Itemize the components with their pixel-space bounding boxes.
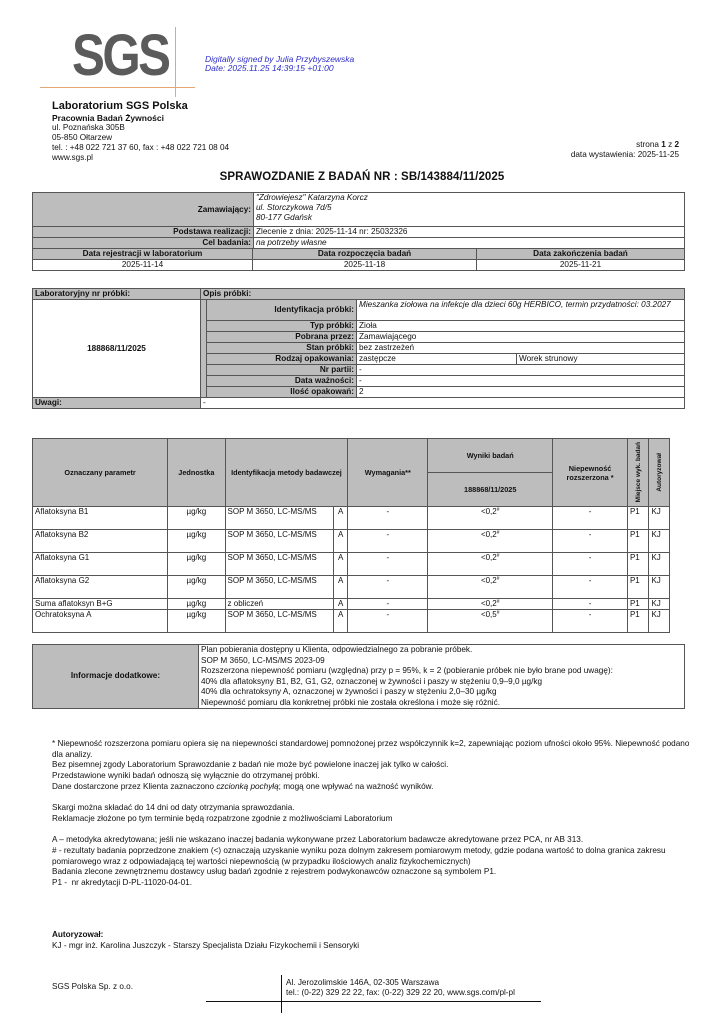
page-prefix: strona [636,140,659,149]
cell-uncertainty: - [553,530,628,553]
additional-info-content: Plan pobierania dostępny u Klienta, odpo… [199,645,685,709]
sample-table: Laboratoryjny nr próbki: Opis próbki: 18… [32,288,685,409]
notes-block: * Niepewność rozszerzona pomiaru opiera … [52,739,702,889]
cell-accreditation-text: A [338,576,343,585]
cell-authorized-text: KJ [651,507,660,516]
subcontract-note: Badania zlecone zewnętrznemu dostawcy us… [52,867,702,878]
cell-unit-text: µg/kg [186,507,206,516]
logo-vertical-line [175,27,176,97]
cell-authorized: KJ [649,507,670,530]
cell-method: SOP M 3650, LC-MS/MS [225,576,334,599]
result-mark: # [497,530,500,536]
cell-uncertainty: - [553,553,628,576]
sample-field-label: Rodzaj opakowania: [207,354,357,365]
cell-method: SOP M 3650, LC-MS/MS [225,530,334,553]
cell-authorized-text: KJ [651,553,660,562]
cell-method: z obliczeń [225,599,334,610]
cell-method: SOP M 3650, LC-MS/MS [225,610,334,633]
sgs-logo: SGS [40,27,200,93]
cell-result: <0,2# [428,507,553,530]
cell-uncertainty-text: - [589,576,592,585]
sample-field-value: bez zastrzeżeń [357,343,685,354]
cell-result: <0,2# [428,530,553,553]
lab-phone: tel. : +48 022 721 37 60, fax : +48 022 … [52,143,229,153]
header-method: Identyfikacja metody badawczej [225,439,348,507]
cell-place: P1 [627,530,649,553]
purpose-value: na potrzeby własne [254,238,685,249]
cell-accreditation: A [334,610,348,633]
cell-uncertainty-text: - [589,530,592,539]
cell-requirements: - [348,530,428,553]
info-line: Plan pobierania dostępny u Klienta, odpo… [201,645,682,656]
result-mark: # [497,599,500,605]
cell-method-text: SOP M 3650, LC-MS/MS [228,610,317,619]
footer-vertical-line [281,975,282,1013]
registration-date: 2025-11-14 [33,260,253,271]
cell-uncertainty: - [553,610,628,633]
hash-note: # - rezultaty badania poprzedzone znakie… [52,846,702,867]
table-row: Aflatoksyna B1µg/kgSOP M 3650, LC-MS/MSA… [33,507,670,530]
basis-value: Zlecenie z dnia: 2025-11-14 nr: 25032326 [254,227,685,238]
cell-method-text: z obliczeń [228,599,264,608]
cell-unit: µg/kg [168,553,225,576]
result-mark: # [497,576,500,582]
header-place-text: Miejsce wyk. badań [635,442,642,502]
cell-method-text: SOP M 3650, LC-MS/MS [228,553,317,562]
cell-authorized-text: KJ [651,599,660,608]
sample-field-label: Stan próbki: [207,343,357,354]
sample-field-label: Pobrana przez: [207,332,357,343]
cell-result-text: <0,2 [481,576,497,585]
start-date: 2025-11-18 [253,260,477,271]
cell-result-text: <0,2 [481,553,497,562]
cell-accreditation-text: A [338,553,343,562]
cell-accreditation-text: A [338,610,343,619]
client-table: Zamawiający: "Zdrowiejesz" Katarzyna Kor… [32,192,685,271]
accreditation-note: A – metodyka akredytowana; jeśli nie wsk… [52,835,702,846]
info-line: SOP M 3650, LC-MS/MS 2023-09 [201,656,682,667]
result-mark: # [497,507,500,513]
cell-accreditation: A [334,530,348,553]
cell-unit-text: µg/kg [186,530,206,539]
client-data-note: Dane dostarczone przez Klienta zaznaczon… [52,782,702,793]
cell-requirements: - [348,576,428,599]
spacer [52,825,702,836]
cell-method-text: SOP M 3650, LC-MS/MS [228,576,317,585]
cell-uncertainty-text: - [589,553,592,562]
cell-parameter-text: Aflatoksyna G2 [35,576,89,585]
cell-parameter-text: Ochratoksyna A [35,610,91,619]
cell-authorized: KJ [649,599,670,610]
cell-requirements: - [348,507,428,530]
cell-accreditation-text: A [338,599,343,608]
cell-place: P1 [627,599,649,610]
sample-field-value: Mieszanka ziołowa na infekcje dla dzieci… [357,300,685,321]
table-row: Aflatoksyna G2µg/kgSOP M 3650, LC-MS/MSA… [33,576,670,599]
authorized-person: KJ - mgr inż. Karolina Juszczyk - Starsz… [52,941,359,952]
info-line: Rozszerzona niepewność pomiaru (względna… [201,666,682,677]
lab-address-block: Laboratorium SGS Polska Pracownia Badań … [52,100,229,163]
cell-method: SOP M 3650, LC-MS/MS [225,553,334,576]
complaints-note-2: Reklamacje złożone po tym terminie będą … [52,814,702,825]
issue-date-label: data wystawienia: [571,150,636,159]
lab-website: www.sgs.pl [52,153,229,163]
cell-place-text: P1 [630,530,640,539]
cell-requirements-text: - [386,599,389,608]
cell-parameter: Aflatoksyna B2 [33,530,168,553]
info-line: Niepewność pomiaru dla konkretnej próbki… [201,698,682,709]
orderer-name: "Zdrowiejesz" Katarzyna Korcz [256,193,682,203]
footer-company: SGS Polska Sp. z o.o. [52,982,133,992]
cell-place-text: P1 [630,553,640,562]
cell-accreditation-text: A [338,507,343,516]
issue-date: data wystawienia: 2025-11-25 [571,150,679,160]
table-row: Aflatoksyna B2µg/kgSOP M 3650, LC-MS/MSA… [33,530,670,553]
authorized-label: Autoryzował: [52,930,359,941]
cell-method: SOP M 3650, LC-MS/MS [225,507,334,530]
client-data-italic: czcionką pochyłą [216,782,278,791]
sample-field-value: Zioła [357,321,685,332]
cell-result-text: <0,5 [481,610,497,619]
purpose-label: Cel badania: [33,238,254,249]
sample-field-label: Identyfikacja próbki: [207,300,357,321]
info-line: 40% dla aflatoksyny B1, B2, G1, G2, ozna… [201,677,682,688]
cell-accreditation: A [334,576,348,599]
cell-place-text: P1 [630,507,640,516]
cell-requirements-text: - [386,530,389,539]
cell-parameter: Ochratoksyna A [33,610,168,633]
cell-place-text: P1 [630,610,640,619]
issue-date-value: 2025-11-25 [638,150,679,159]
cell-unit: µg/kg [168,507,225,530]
footer-street: Al. Jerozolimskie 146A, 02-305 Warszawa [286,978,515,988]
orderer-label: Zamawiający: [33,193,254,227]
additional-info-table: Informacje dodatkowe: Plan pobierania do… [32,644,685,709]
cell-authorized-text: KJ [651,610,660,619]
lab-name: Laboratorium SGS Polska [52,100,229,113]
result-mark: # [497,553,500,559]
cell-unit: µg/kg [168,576,225,599]
cell-accreditation: A [334,599,348,610]
footer-contact: tel.: (0-22) 329 22 22, fax: (0-22) 329 … [286,988,515,998]
footer-address: Al. Jerozolimskie 146A, 02-305 Warszawa … [286,978,515,998]
header-authorized-text: Autoryzował [656,453,663,492]
cell-place: P1 [627,507,649,530]
footer-horizontal-line [206,1001,541,1002]
sample-field-value: - [357,376,685,387]
cell-method-text: SOP M 3650, LC-MS/MS [228,530,317,539]
cell-place-text: P1 [630,599,640,608]
description-label: Opis próbki: [201,289,685,300]
cell-result-text: <0,2 [481,599,497,608]
cell-unit-text: µg/kg [186,553,206,562]
cell-place: P1 [627,553,649,576]
cell-authorized-text: KJ [651,576,660,585]
page-separator: z [668,140,672,149]
lab-city: 05-850 Ołtarzew [52,133,229,143]
info-line: 40% dla ochratoksyny A, oznaczonej w żyw… [201,687,682,698]
digital-signature: Digitally signed by Julia Przybyszewska … [205,55,354,73]
cell-place-text: P1 [630,576,640,585]
logo-text: SGS [72,27,168,85]
lab-street: ul. Poznańska 305B [52,123,229,133]
uncertainty-note: * Niepewność rozszerzona pomiaru opiera … [52,739,702,760]
page-total: 2 [674,140,679,149]
basis-label: Podstawa realizacji: [33,227,254,238]
logo-horizontal-line [40,87,195,88]
cell-place: P1 [627,610,649,633]
cell-unit: µg/kg [168,530,225,553]
cell-uncertainty-text: - [589,507,592,516]
header-parameter: Oznaczany parametr [33,439,168,507]
authorized-block: Autoryzował: KJ - mgr inż. Karolina Jusz… [52,930,359,951]
cell-authorized: KJ [649,553,670,576]
cell-requirements-text: - [386,553,389,562]
registration-date-header: Data rejestracji w laboratorium [33,249,253,260]
cell-unit-text: µg/kg [186,610,206,619]
remarks-value: - [201,398,685,409]
table-row: Aflatoksyna G1µg/kgSOP M 3650, LC-MS/MSA… [33,553,670,576]
cell-uncertainty: - [553,599,628,610]
cell-unit: µg/kg [168,610,225,633]
results-body: Aflatoksyna B1µg/kgSOP M 3650, LC-MS/MSA… [33,507,670,633]
end-date: 2025-11-21 [477,260,685,271]
client-data-suffix: ; mogą one wpływać na ważność wyników. [279,782,434,791]
client-data-prefix: Dane dostarczone przez Klienta zaznaczon… [52,782,216,791]
copy-note: Bez pisemnej zgody Laboratorium Sprawozd… [52,760,702,771]
header-requirements: Wymagania** [348,439,428,507]
remarks-label: Uwagi: [33,398,201,409]
cell-result: <0,2# [428,553,553,576]
cell-uncertainty: - [553,507,628,530]
results-table: Oznaczany parametr Jednostka Identyfikac… [32,438,670,633]
cell-requirements-text: - [386,610,389,619]
p1-note: P1 - nr akredytacji D-PL-11020-04-01. [52,878,702,889]
sample-field-label: Ilość opakowań: [207,387,357,398]
spacer [52,793,702,804]
page-number: strona 1 z 2 [571,140,679,150]
cell-parameter-text: Suma aflatoksyn B+G [35,599,113,608]
sample-field-label: Typ próbki: [207,321,357,332]
sample-field-value: 2 [357,387,685,398]
signature-date: Date: 2025.11.25 14:39:15 +01:00 [205,64,354,73]
table-row: Ochratoksyna Aµg/kgSOP M 3650, LC-MS/MSA… [33,610,670,633]
page-current: 1 [661,140,666,149]
orderer-street: ul. Storczykowa 7d/5 [256,203,682,213]
header-authorized: Autoryzował [649,439,670,507]
cell-result: <0,5# [428,610,553,633]
cell-result: <0,2# [428,576,553,599]
orderer-city: 80-177 Gdańsk [256,213,682,223]
cell-parameter: Aflatoksyna G2 [33,576,168,599]
sample-field-value: - [357,365,685,376]
header-results: Wyniki badań [428,439,553,473]
end-date-header: Data zakończenia badań [477,249,685,260]
cell-uncertainty-text: - [589,599,592,608]
cell-unit-text: µg/kg [186,576,206,585]
cell-parameter-text: Aflatoksyna B1 [35,507,88,516]
table-row: Suma aflatoksyn B+Gµg/kgz obliczeńA-<0,2… [33,599,670,610]
cell-result-text: <0,2 [481,507,497,516]
cell-requirements: - [348,553,428,576]
lab-no-label: Laboratoryjny nr próbki: [33,289,201,300]
cell-method-text: SOP M 3650, LC-MS/MS [228,507,317,516]
sample-field-label: Data ważności: [207,376,357,387]
report-title: SPRAWOZDANIE Z BADAŃ NR : SB/143884/11/2… [0,171,724,185]
cell-result-text: <0,2 [481,530,497,539]
cell-accreditation: A [334,507,348,530]
sample-field-value: Zamawiającego [357,332,685,343]
header-place: Miejsce wyk. badań [627,439,649,507]
complaints-note-1: Skargi można składać do 14 dni od daty o… [52,803,702,814]
header-sample-no: 188868/11/2025 [428,473,553,507]
lab-sample-number: 188868/11/2025 [33,300,201,398]
cell-unit-text: µg/kg [186,599,206,608]
scope-note: Przedstawione wyniki badań odnoszą się w… [52,771,702,782]
sample-field-value: zastępcze [357,354,517,365]
cell-parameter-text: Aflatoksyna B2 [35,530,88,539]
cell-requirements: - [348,599,428,610]
page-info: strona 1 z 2 data wystawienia: 2025-11-2… [571,140,679,160]
cell-uncertainty-text: - [589,610,592,619]
cell-unit: µg/kg [168,599,225,610]
sample-field-value-2: Worek strunowy [517,354,685,365]
cell-authorized: KJ [649,576,670,599]
cell-accreditation-text: A [338,530,343,539]
lab-department: Pracownia Badań Żywności [52,113,229,123]
cell-requirements-text: - [386,576,389,585]
cell-uncertainty: - [553,576,628,599]
cell-place: P1 [627,576,649,599]
cell-accreditation: A [334,553,348,576]
cell-parameter: Aflatoksyna G1 [33,553,168,576]
header-unit: Jednostka [168,439,225,507]
cell-parameter-text: Aflatoksyna G1 [35,553,89,562]
result-mark: # [497,610,500,616]
cell-parameter: Aflatoksyna B1 [33,507,168,530]
orderer-value: "Zdrowiejesz" Katarzyna Korcz ul. Storcz… [254,193,685,227]
cell-authorized: KJ [649,610,670,633]
additional-info-label: Informacje dodatkowe: [33,645,199,709]
sample-field-label: Nr partii: [207,365,357,376]
start-date-header: Data rozpoczęcia badań [253,249,477,260]
cell-authorized-text: KJ [651,530,660,539]
header-uncertainty: Niepewność rozszerzona * [553,439,628,507]
cell-requirements: - [348,610,428,633]
cell-requirements-text: - [386,507,389,516]
cell-parameter: Suma aflatoksyn B+G [33,599,168,610]
cell-authorized: KJ [649,530,670,553]
cell-result: <0,2# [428,599,553,610]
